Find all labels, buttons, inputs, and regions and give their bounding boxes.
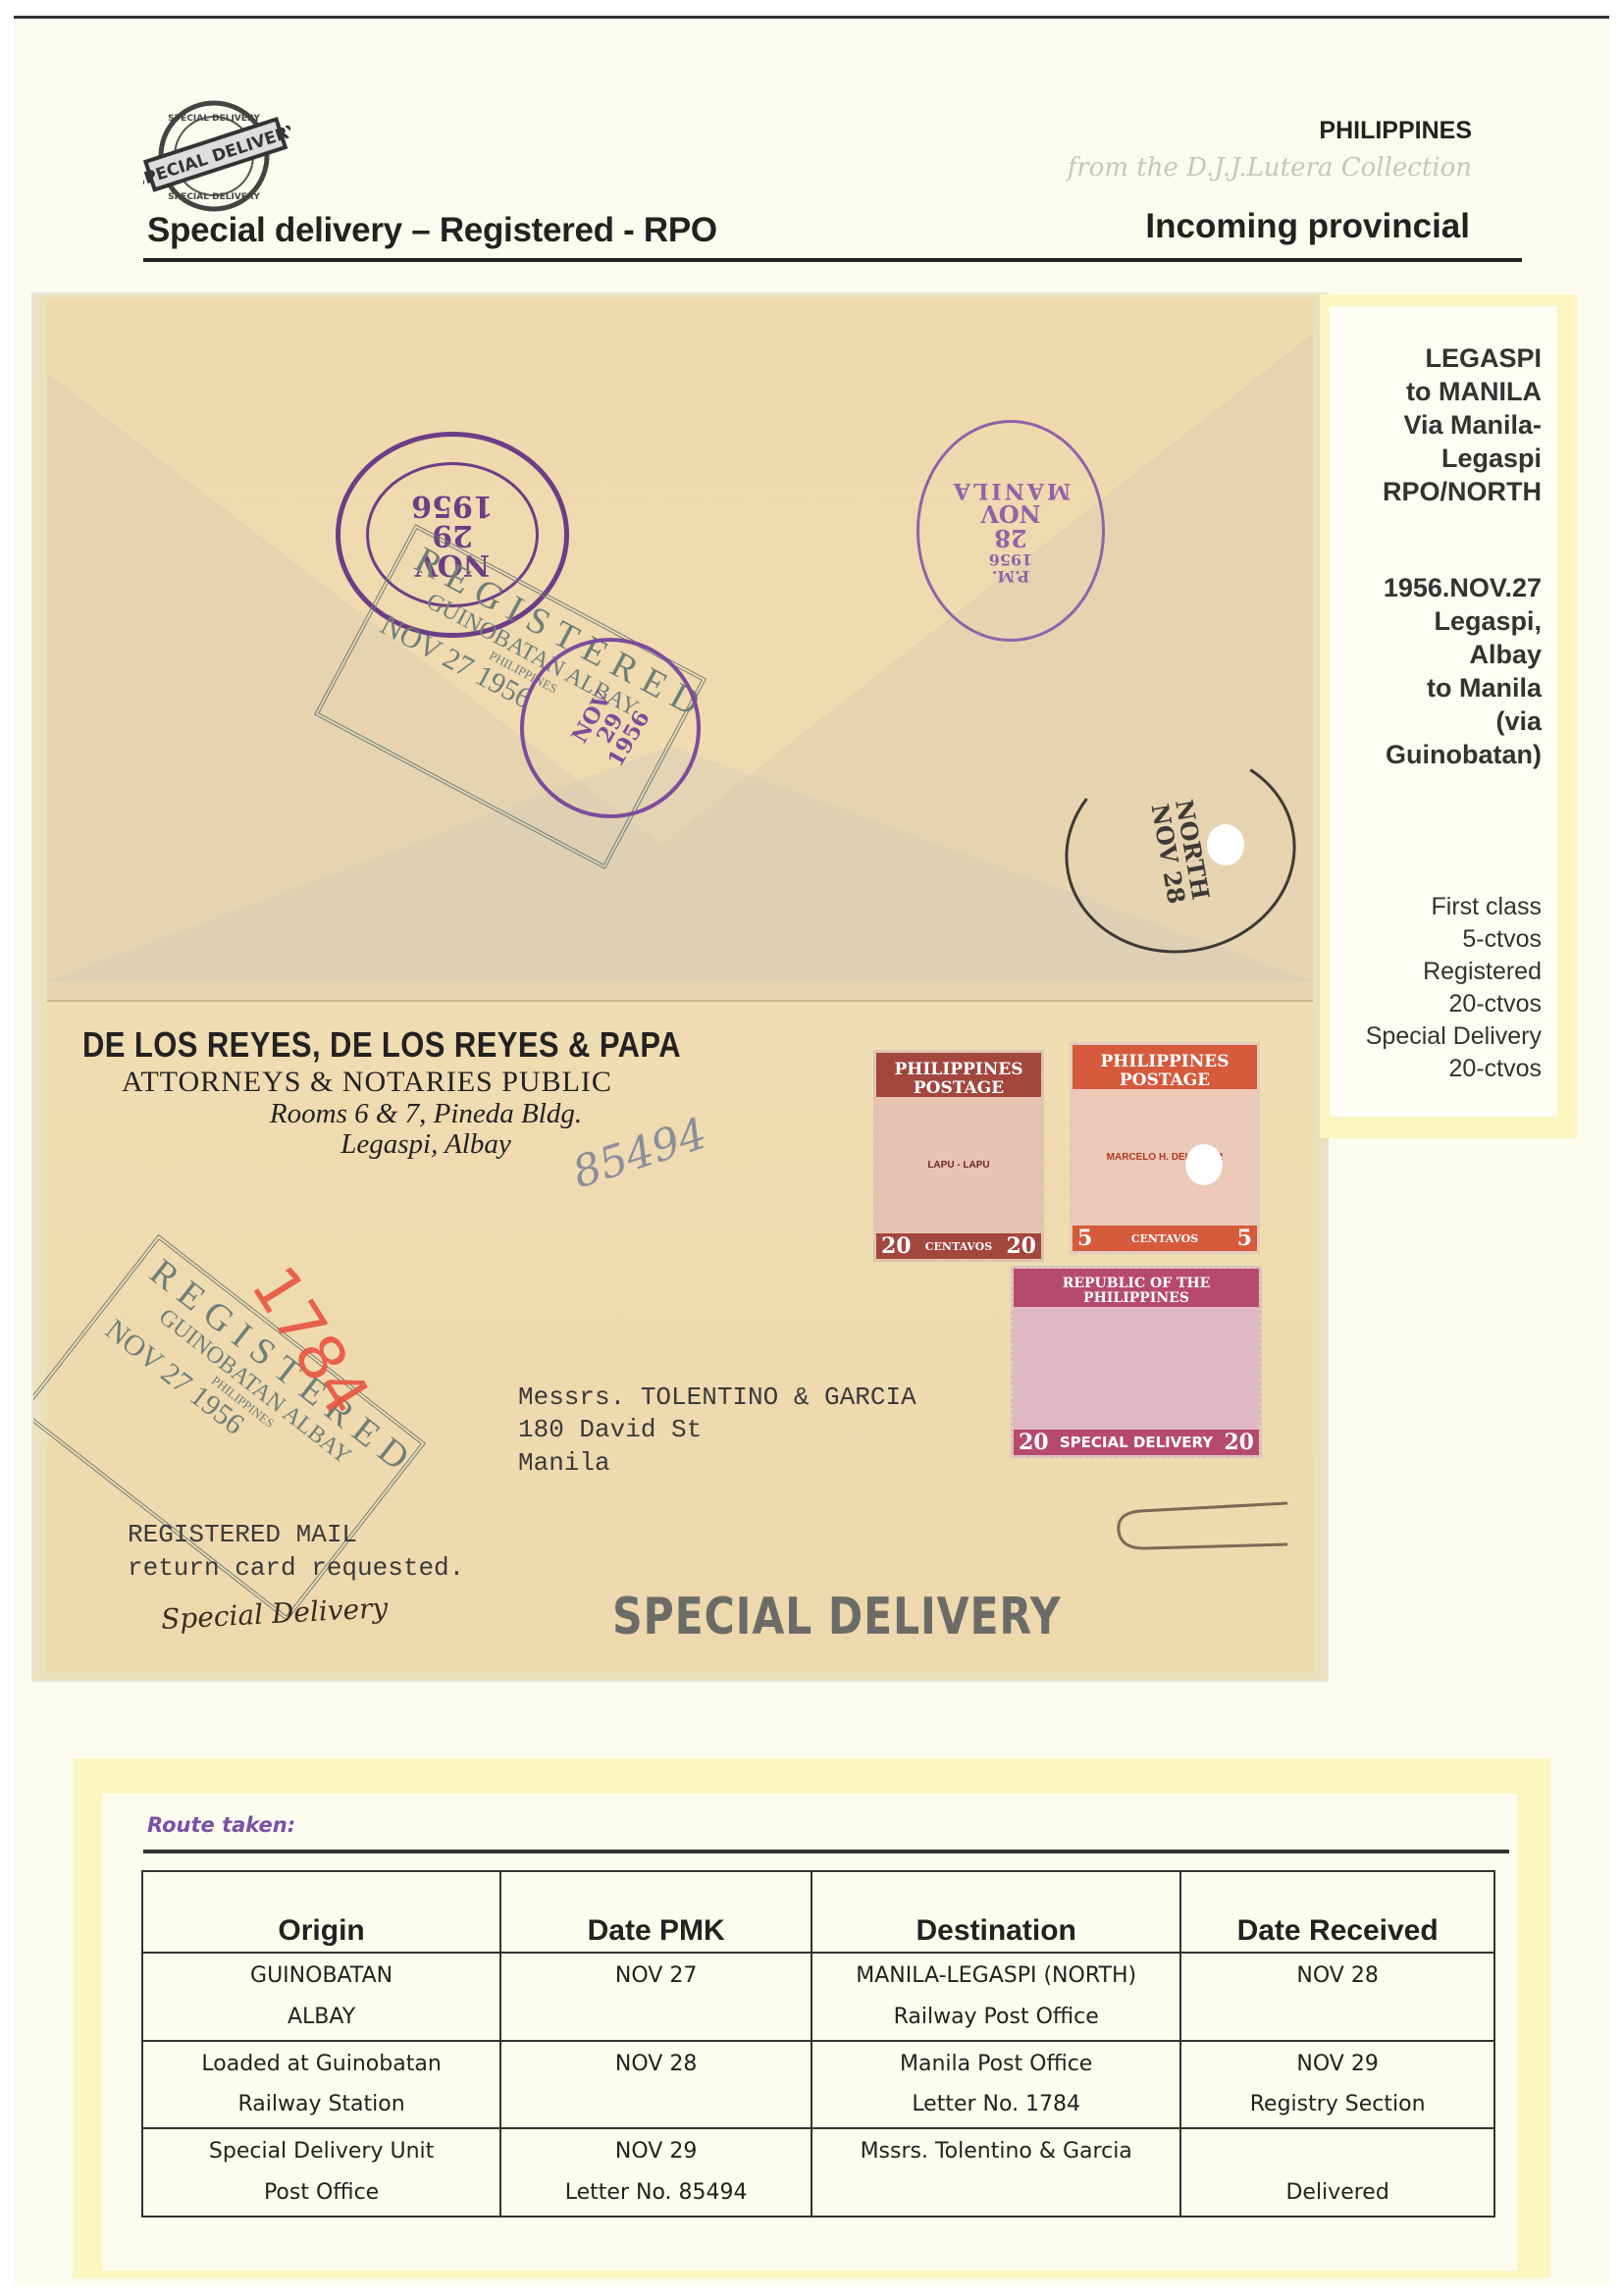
- route-table: Origin Date PMK Destination Date Receive…: [141, 1870, 1495, 2218]
- manila-received-postmark: P.M. 1956 28 NOV MANILA: [916, 420, 1105, 642]
- table-cell-origin: Loaded at GuinobatanRailway Station: [142, 2041, 500, 2129]
- postage-rates: First class 5-ctvos Registered 20-ctvos …: [1366, 891, 1542, 1085]
- column-header-origin: Origin: [142, 1871, 500, 1953]
- table-cell-date-pmk: NOV 29Letter No. 85494: [500, 2128, 811, 2217]
- table-cell-date-received: NOV 29Registry Section: [1180, 2041, 1494, 2129]
- route-divider: [143, 1850, 1509, 1853]
- table-row: Loaded at GuinobatanRailway StationNOV 2…: [142, 2041, 1494, 2129]
- punch-hole: [1185, 1144, 1223, 1185]
- table-row: GUINOBATANALBAYNOV 27MANILA-LEGASPI (NOR…: [142, 1953, 1494, 2041]
- table-cell-date-received: NOV 28: [1180, 1953, 1494, 2041]
- svg-text:SPECIAL DELIVERY: SPECIAL DELIVERY: [168, 192, 260, 202]
- postage-stamp-lapu-lapu: PHILIPPINES POSTAGE LAPU - LAPU 20 CENTA…: [873, 1050, 1044, 1262]
- table-cell-date-received: Delivered: [1180, 2128, 1494, 2217]
- table-row: Special Delivery UnitPost OfficeNOV 29Le…: [142, 2128, 1494, 2217]
- page-subtitle: Incoming provincial: [1145, 207, 1470, 246]
- sender-profession: ATTORNEYS & NOTARIES PUBLIC: [122, 1066, 778, 1099]
- table-cell-date-pmk: NOV 28: [500, 2041, 811, 2129]
- pencil-bracket-mark: [1111, 1489, 1297, 1568]
- country-label: PHILIPPINES: [1319, 117, 1472, 145]
- postage-stamp-del-pilar: PHILIPPINES POSTAGE MARCELO H. DEL PILAR…: [1070, 1042, 1260, 1254]
- collection-credit: from the D.J.J.Lutera Collection: [1068, 153, 1472, 183]
- table-cell-destination: MANILA-LEGASPI (NORTH)Railway Post Offic…: [811, 1953, 1180, 2041]
- punch-hole: [1207, 824, 1244, 865]
- notes-card: LEGASPI to MANILA Via Manila- Legaspi RP…: [1320, 294, 1577, 1138]
- date-route-summary: 1956.NOV.27 Legaspi, Albay to Manila (vi…: [1384, 571, 1542, 771]
- column-header-destination: Destination: [811, 1871, 1180, 1953]
- sender-address-line1: Rooms 6 & 7, Pineda Bldg.: [171, 1099, 681, 1129]
- route-summary: LEGASPI to MANILA Via Manila- Legaspi RP…: [1383, 341, 1542, 508]
- special-delivery-seal-icon: SPECIAL DELIVERY SPECIAL DELIVERY SPECIA…: [143, 97, 290, 215]
- envelope-cover: NOV 29 1956 P.M. 1956 28 NOV MANILA REGI…: [33, 294, 1327, 1680]
- recipient-address: Messrs. TOLENTINO & GARCIA 180 David St …: [518, 1382, 916, 1480]
- route-label: Route taken:: [147, 1813, 295, 1837]
- table-cell-origin: Special Delivery UnitPost Office: [142, 2128, 500, 2217]
- route-panel: Route taken: Origin Date PMK Destination…: [73, 1758, 1550, 2278]
- svg-text:SPECIAL DELIVERY: SPECIAL DELIVERY: [168, 114, 260, 124]
- registered-mail-note: REGISTERED MAIL return card requested.: [128, 1519, 464, 1586]
- page-title: Special delivery – Registered - RPO: [147, 211, 717, 250]
- table-cell-destination: Manila Post OfficeLetter No. 1784: [811, 2041, 1180, 2129]
- column-header-date-pmk: Date PMK: [500, 1871, 811, 1953]
- header-divider: [143, 258, 1522, 262]
- column-header-date-received: Date Received: [1180, 1871, 1494, 1953]
- table-header-row: Origin Date PMK Destination Date Receive…: [142, 1871, 1494, 1953]
- table-cell-date-pmk: NOV 27: [500, 1953, 811, 2041]
- special-delivery-stamp: REPUBLIC OF THE PHILIPPINES 20 SPECIAL D…: [1011, 1266, 1262, 1458]
- table-cell-origin: GUINOBATANALBAY: [142, 1953, 500, 2041]
- table-cell-destination: Mssrs. Tolentino & Garcia: [811, 2128, 1180, 2217]
- sender-firm-name: DE LOS REYES, DE LOS REYES & PAPA: [82, 1024, 681, 1066]
- special-delivery-cachet: SPECIAL DELIVERY: [612, 1588, 1061, 1646]
